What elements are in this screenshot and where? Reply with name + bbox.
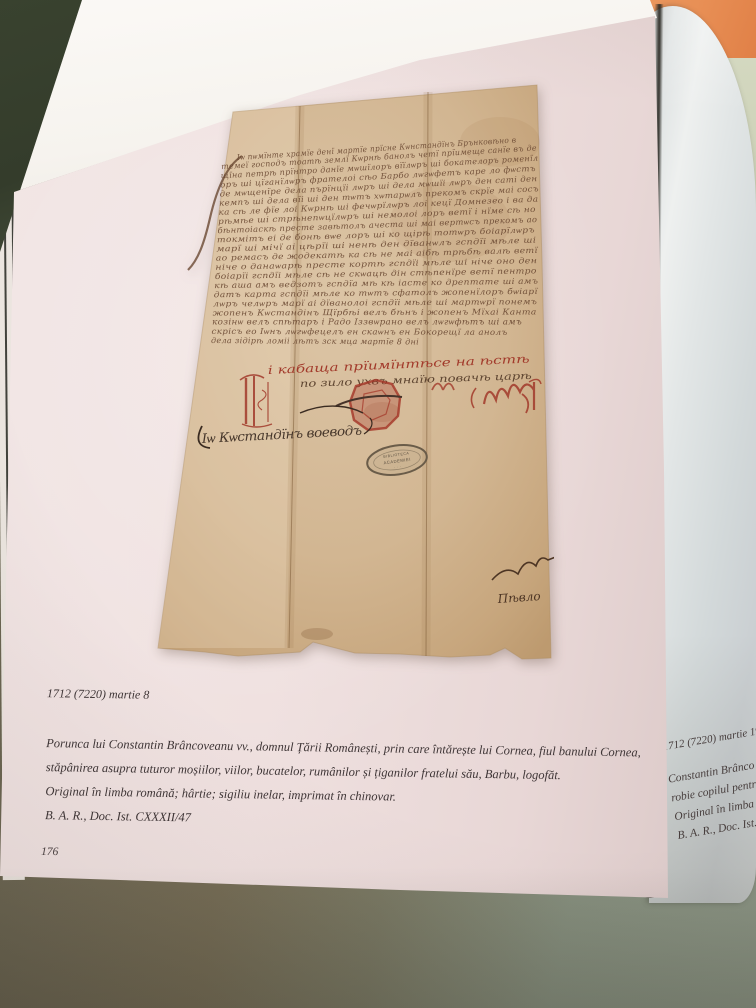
manuscript-script-line: дела зідірѣ ломіі лѣтъ зск мца мартїе 8 …: [211, 336, 419, 346]
right-caption-line: B. A. R., Doc. Ist. C: [676, 796, 756, 846]
page-number: 176: [41, 846, 58, 858]
manuscript-svg: Іѡ пѡмїнте храмїе денї мартїе прїсне Кѡн…: [150, 82, 554, 662]
paper-stain: [301, 628, 333, 640]
caption-block: 1712 (7220) martie 8 Porunca lui Constan…: [45, 681, 667, 837]
book-photo: 1712 (7220) martie 19 Constantin Brânco …: [0, 0, 756, 1008]
right-page-caption: 1712 (7220) martie 19 Constantin Brânco …: [661, 707, 756, 846]
right-caption-date: 1712 (7220) martie 19: [661, 707, 756, 757]
right-caption-line: Constantin Brânco: [667, 740, 756, 790]
manuscript-script-line: жопенъ Кѡстандінъ Щїрбѣі велъ бѣнъ і жоп…: [213, 307, 537, 317]
right-caption-line: Original în limba ro: [673, 777, 756, 827]
manuscript-script-line: козінѡ велъ спѣтаръ і Радо Іззвѡрано вел…: [212, 318, 522, 327]
manuscript-text-block: Іѡ пѡмїнте храмїе денї мартїе прїсне Кѡн…: [211, 135, 539, 346]
manuscript-photo: Іѡ пѡмїнте храмїе денї мартїе прїсне Кѡн…: [150, 82, 554, 662]
right-caption-line: robie copilul pentru: [670, 758, 756, 808]
